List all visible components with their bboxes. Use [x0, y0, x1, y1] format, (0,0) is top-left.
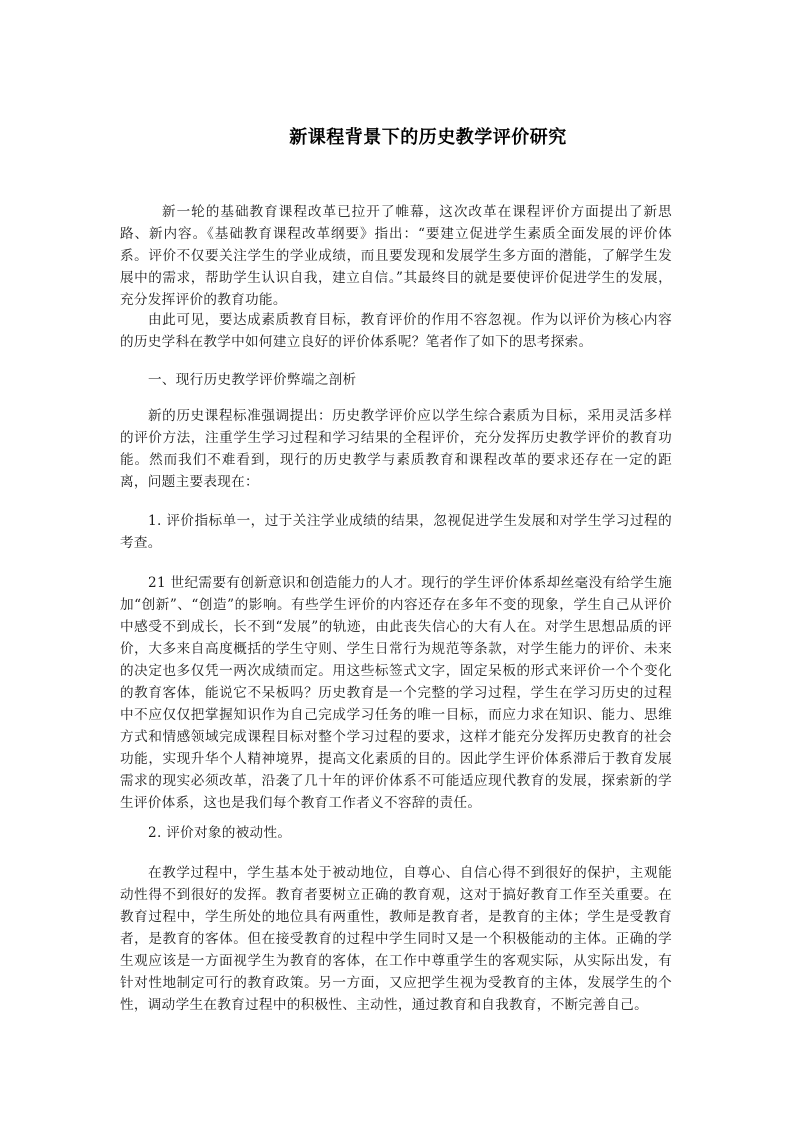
paragraph-standard: 新的历史课程标准强调提出：历史教学评价应以学生综合素质为目标，采用灵活多样的评价…	[120, 405, 672, 493]
paragraph-teaching-process: 在教学过程中，学生基本处于被动地位，自尊心、自信心得不到很好的保护，主观能动性得…	[120, 862, 672, 1016]
paragraph-intro: 新一轮的基础教育课程改革已拉开了帷幕，这次改革在课程评价方面提出了新思路、新内容…	[120, 201, 672, 311]
list-item-1: 1. 评价指标单一，过于关注学业成绩的结果，忽视促进学生发展和对学生学习过程的考…	[120, 510, 672, 554]
list-item-2: 2. 评价对象的被动性。	[120, 822, 672, 844]
paragraph-21st-century: 21 世纪需要有创新意识和创造能力的人才。现行的学生评价体系却丝毫没有给学生施加…	[120, 572, 672, 814]
document-title: 新课程背景下的历史教学评价研究	[120, 125, 672, 151]
section-heading-1: 一、现行历史教学评价弊端之剖析	[120, 369, 672, 391]
paragraph-thinking: 由此可见，要达成素质教育目标，教育评价的作用不容忽视。作为以评价为核心内容的历史…	[120, 309, 672, 353]
document-page: 新课程背景下的历史教学评价研究 新一轮的基础教育课程改革已拉开了帷幕，这次改革在…	[0, 0, 793, 1122]
